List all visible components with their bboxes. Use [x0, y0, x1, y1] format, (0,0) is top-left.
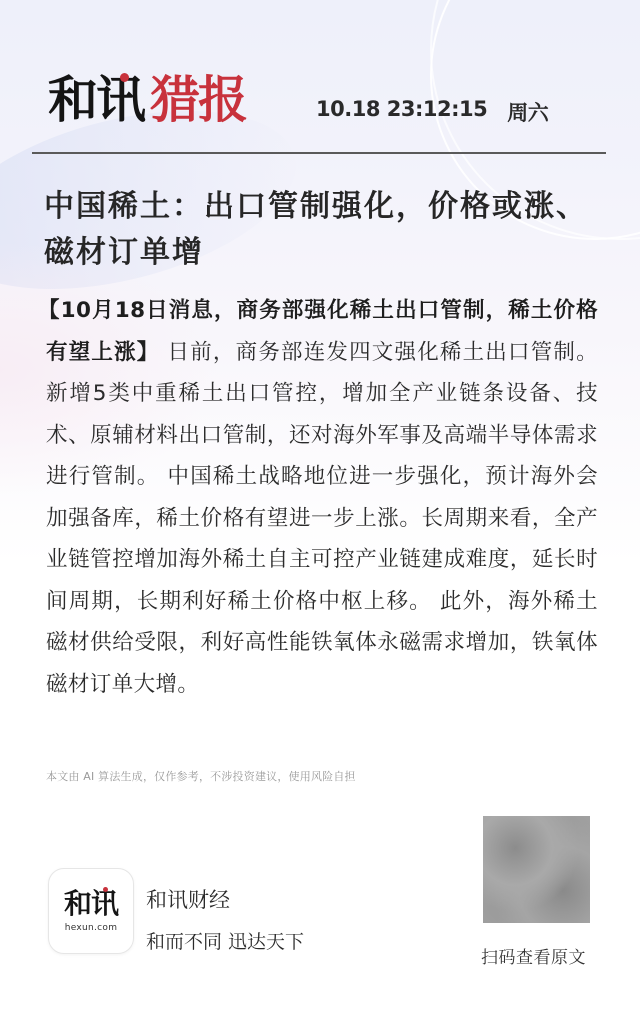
- app-name: 和讯财经: [146, 884, 230, 914]
- app-icon-logo-text: 和讯: [64, 887, 118, 920]
- ai-disclaimer: 本文由 AI 算法生成，仅作参考，不涉投资建议，使用风险自担: [46, 768, 356, 784]
- brand-dot-icon: [120, 73, 129, 82]
- app-slogan: 和而不同 迅达天下: [146, 927, 304, 954]
- brand-hexun: 和讯: [48, 75, 144, 125]
- header: 和讯 猎报: [48, 70, 246, 130]
- time: 23:12:15: [387, 97, 487, 121]
- brand-hexun-text: 和讯: [48, 71, 144, 129]
- date: 10.18: [316, 97, 380, 121]
- article-body: 【10月18日消息，商务部强化稀土出口管制，稀土价格有望上涨】 日前，商务部连发…: [46, 290, 598, 705]
- header-divider: [32, 152, 606, 154]
- datetime: 10.18 23:12:15 周六: [316, 97, 548, 127]
- weekday: 周六: [507, 97, 548, 127]
- logo-dot-icon: [103, 887, 108, 892]
- qr-code-image: [483, 816, 590, 923]
- qr-code[interactable]: [481, 814, 592, 925]
- app-icon-domain: hexun.com: [65, 923, 118, 933]
- article-text: 日前，商务部连发四文强化稀土出口管制。新增5类中重稀土出口管控，增加全产业链条设…: [46, 340, 598, 697]
- brand-logo: 和讯 猎报: [48, 75, 246, 125]
- timestamp: 10.18 23:12:15: [316, 97, 487, 127]
- app-icon-logo: 和讯: [64, 890, 118, 918]
- article-title: 中国稀土：出口管制强化，价格或涨、磁材订单增: [44, 184, 604, 276]
- qr-label: 扫码查看原文: [481, 943, 586, 968]
- app-icon: 和讯 hexun.com: [48, 868, 134, 954]
- brand-liebao-text: 猎报: [150, 75, 246, 125]
